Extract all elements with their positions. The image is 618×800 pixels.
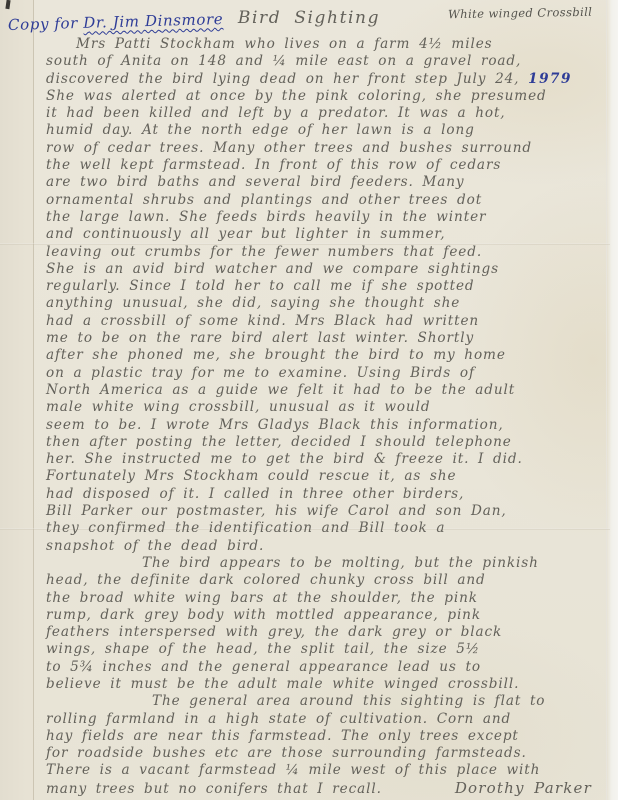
letter-line: The general area around this sighting is… [46,693,606,710]
letter-line: She was alerted at once by the pink colo… [46,88,606,105]
letter-line: North America as a guide we felt it had … [46,382,606,399]
letter-line: The bird appears to be molting, but the … [46,555,606,572]
letter-line: rump, dark grey body with mottled appear… [46,607,606,624]
letter-line: believe it must be the adult male white … [46,676,606,693]
paper-left-edge [0,0,34,800]
letter-line-with-date: discovered the bird lying dead on her fr… [46,71,606,88]
letter-line: south of Anita on 148 and ¼ mile east on… [46,53,606,70]
letter-line: Mrs Patti Stockham who lives on a farm 4… [46,36,606,53]
letter-line: hay fields are near this farmstead. The … [46,728,606,745]
handwritten-letter-page: Copy for Dr. Jim Dinsmore Bird Sighting … [0,0,618,800]
letter-line: feathers interspersed with grey, the dar… [46,624,606,641]
letter-line: to 5¾ inches and the general appearance … [46,659,606,676]
letter-line: male white wing crossbill, unusual as it… [46,399,606,416]
letter-line: There is a vacant farmstead ¼ mile west … [46,762,606,779]
letter-body: Mrs Patti Stockham who lives on a farm 4… [46,36,606,797]
letter-line: me to be on the rare bird alert last win… [46,330,606,347]
letter-line: Fortunately Mrs Stockham could rescue it… [46,468,606,485]
letter-line: seem to be. I wrote Mrs Gladys Black thi… [46,417,606,434]
letter-line: the well kept farmstead. In front of thi… [46,157,606,174]
letter-line: Bill Parker our postmaster, his wife Car… [46,503,606,520]
letter-line: they confirmed the identification and Bi… [46,520,606,537]
letter-line: the large lawn. She feeds birds heavily … [46,209,606,226]
letter-line-text: discovered the bird lying dead on her fr… [46,71,519,87]
letter-line: ornamental shrubs and plantings and othe… [46,192,606,209]
letter-line: and continuously all year but lighter in… [46,226,606,243]
letter-line: row of cedar trees. Many other trees and… [46,140,606,157]
year-ink-annotation: 1979 [528,71,572,87]
letter-line: for roadside bushes etc are those surrou… [46,745,606,762]
letter-line: it had been killed and left by a predato… [46,105,606,122]
letter-line: her. She instructed me to get the bird &… [46,451,606,468]
species-annotation: White winged Crossbill [448,5,593,22]
letter-line: are two bird baths and several bird feed… [46,174,606,191]
letter-line: on a plastic tray for me to examine. Usi… [46,365,606,382]
signature: Dorothy Parker [455,780,606,797]
letter-line: She is an avid bird watcher and we compa… [46,261,606,278]
letter-line: the broad white wing bars at the shoulde… [46,590,606,607]
letter-closing-line: many trees but no conifers that I recall… [46,780,606,797]
letter-line: humid day. At the north edge of her lawn… [46,122,606,139]
letter-line: leaving out crumbs for the fewer numbers… [46,244,606,261]
letter-line: head, the definite dark colored chunky c… [46,572,606,589]
letter-line: snapshot of the dead bird. [46,538,606,555]
letter-line: anything unusual, she did, saying she th… [46,295,606,312]
paper-right-edge [606,0,618,800]
letter-line-text: many trees but no conifers that I recall… [46,781,382,798]
letter-line: had disposed of it. I called in three ot… [46,486,606,503]
letter-line: after she phoned me, she brought the bir… [46,347,606,364]
letter-line: had a crossbill of some kind. Mrs Black … [46,313,606,330]
letter-line: then after posting the letter, decided I… [46,434,606,451]
letter-line: wings, shape of the head, the split tail… [46,641,606,658]
letter-line: regularly. Since I told her to call me i… [46,278,606,295]
letter-line: rolling farmland in a high state of cult… [46,711,606,728]
